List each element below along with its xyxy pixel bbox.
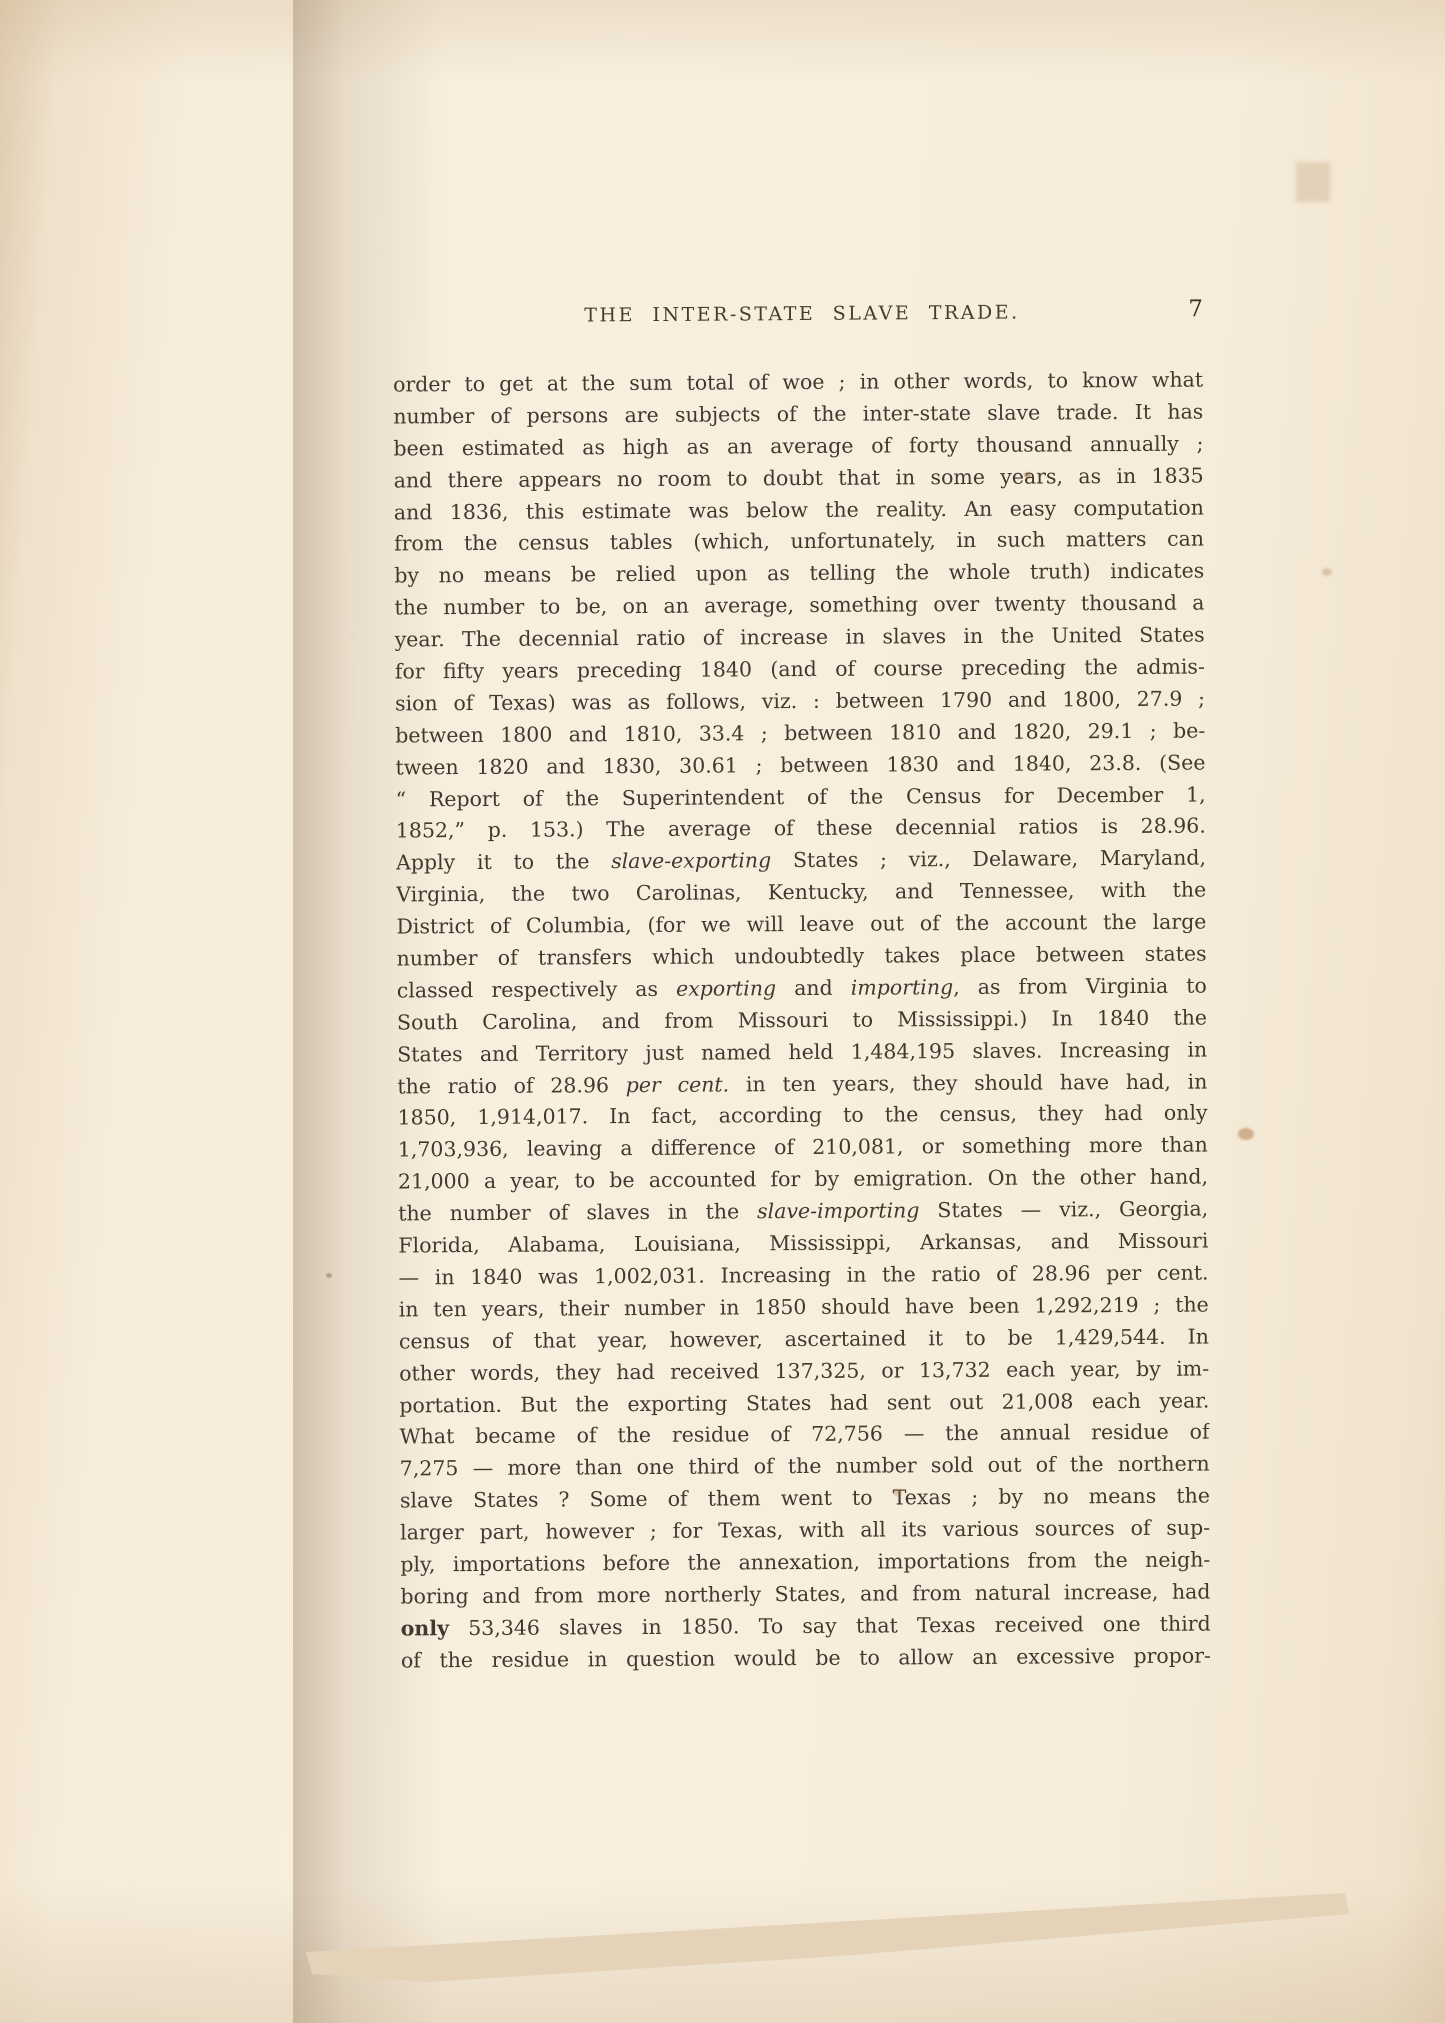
text-line: slave States ? Some of them went to Texa…: [400, 1481, 1210, 1518]
text-line: the number of slaves in the slave-import…: [398, 1194, 1208, 1231]
text-line: larger part, however ; for Texas, with a…: [400, 1513, 1210, 1550]
text-line: 21,000 a year, to be accounted for by em…: [398, 1162, 1208, 1199]
book-photo: Y TRACTS. veral small boys, without thei…: [0, 0, 1445, 2023]
running-header: THE INTER-STATE SLAVE TRADE.: [397, 300, 1207, 328]
text-line: and there appears no room to doubt that …: [394, 460, 1204, 497]
text-line: sion of Texas) was as follows, viz. : be…: [395, 683, 1205, 720]
text-line: Apply it to the slave-exporting States ;…: [396, 843, 1206, 880]
text-line: from the census tables (which, unfortuna…: [394, 524, 1204, 561]
stain-spot: [326, 1273, 332, 1278]
text-line: year. The decennial ratio of increase in…: [395, 620, 1205, 657]
page-header-row: THE INTER-STATE SLAVE TRADE. 7: [397, 300, 1207, 336]
text-line: between 1800 and 1810, 33.4 ; between 18…: [395, 715, 1205, 752]
text-line: only 53,346 slaves in 1850. To say that …: [401, 1608, 1211, 1645]
stain-spot: [1296, 162, 1330, 202]
stain-spot: [1024, 472, 1031, 478]
text-line: census of that year, however, ascertaine…: [399, 1321, 1209, 1358]
text-line: the number to be, on an average, somethi…: [394, 588, 1204, 625]
text-line: by no means be relied upon as telling th…: [394, 556, 1204, 593]
stain-spot: [1238, 1128, 1254, 1140]
text-line: tween 1820 and 1830, 30.61 ; between 183…: [395, 747, 1205, 784]
text-line: — in 1840 was 1,002,031. Increasing in t…: [398, 1257, 1208, 1294]
right-page: THE INTER-STATE SLAVE TRADE. 7 order to …: [0, 0, 1445, 2023]
text-line: 1850, 1,914,017. In fact, according to t…: [397, 1098, 1207, 1135]
body-text: order to get at the sum total of woe ; i…: [393, 365, 1211, 1677]
page-number: 7: [1188, 296, 1203, 322]
text-line: order to get at the sum total of woe ; i…: [393, 365, 1203, 402]
text-line: South Carolina, and from Missouri to Mis…: [397, 1002, 1207, 1039]
text-line: Virginia, the two Carolinas, Kentucky, a…: [396, 875, 1206, 912]
text-line: “ Report of the Superintendent of the Ce…: [396, 779, 1206, 816]
stain-spot: [893, 1489, 902, 1496]
text-line: States and Territory just named held 1,4…: [397, 1034, 1207, 1071]
text-line: of the residue in question would be to a…: [401, 1640, 1211, 1677]
text-line: boring and from more northerly States, a…: [400, 1576, 1210, 1613]
text-line: for fifty years preceding 1840 (and of c…: [395, 652, 1205, 689]
text-line: 1,703,936, leaving a difference of 210,0…: [398, 1130, 1208, 1167]
text-line: been estimated as high as an average of …: [393, 428, 1203, 465]
text-line: 1852,” p. 153.) The average of these dec…: [396, 811, 1206, 848]
text-line: 7,275 — more than one third of the numbe…: [400, 1449, 1210, 1486]
text-line: classed respectively as exporting and im…: [397, 970, 1207, 1007]
text-line: number of persons are subjects of the in…: [393, 396, 1203, 433]
text-line: What became of the residue of 72,756 — t…: [399, 1417, 1209, 1454]
text-line: in ten years, their number in 1850 shoul…: [399, 1289, 1209, 1326]
text-line: number of transfers which undoubtedly ta…: [397, 939, 1207, 976]
text-line: ply, importations before the annexation,…: [400, 1544, 1210, 1581]
text-line: portation. But the exporting States had …: [399, 1385, 1209, 1422]
text-line: other words, they had received 137,325, …: [399, 1353, 1209, 1390]
text-line: and 1836, this estimate was below the re…: [394, 492, 1204, 529]
text-line: Florida, Alabama, Louisiana, Mississippi…: [398, 1226, 1208, 1263]
stain-spot: [1322, 568, 1332, 576]
text-line: the ratio of 28.96 per cent. in ten year…: [397, 1066, 1207, 1103]
text-line: District of Columbia, (for we will leave…: [396, 907, 1206, 944]
